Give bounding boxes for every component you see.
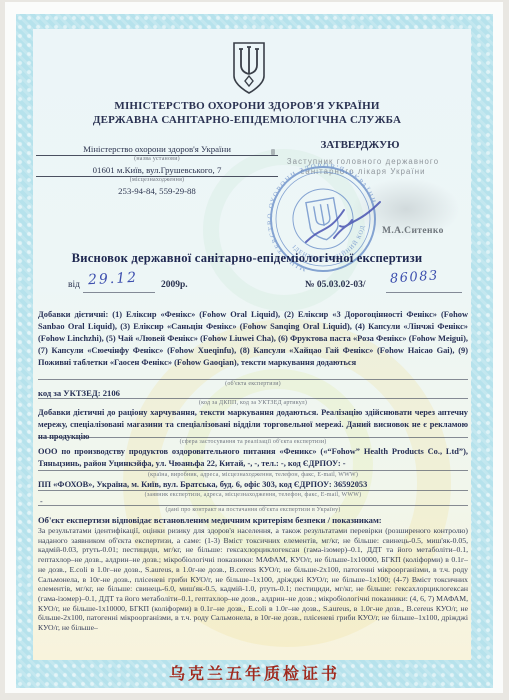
criteria-heading: Об'єкт експертизи відповідає встановлени… (38, 515, 468, 525)
code-caption: (код за ДКПП, код за УКТЗЕД артикул) (38, 400, 468, 406)
contract-rule (38, 505, 468, 506)
scope-rule (38, 437, 468, 438)
ministry-name-line1: МІНІСТЕРСТВО ОХОРОНИ ЗДОРОВ'Я УКРАЇНИ (28, 100, 466, 112)
issuer-phones: 253-94-84, 559-29-88 (36, 186, 278, 196)
scope-caption: (сфера застосування та реалізації об'єкт… (38, 439, 468, 445)
code-rule (38, 398, 468, 399)
manufacturer-rule (38, 470, 468, 471)
date-underline (83, 292, 155, 293)
scan-speck (271, 149, 275, 155)
certificate-page: МІНІСТЕРСТВО ОХОРОНИ ЗДОРОВ'Я УКРАЇНИ ДЕ… (0, 0, 509, 700)
number-prefix: № 05.03.02-03/ (305, 280, 365, 290)
applicant-caption: (заявник експертизи, адреса, місцезнаход… (38, 492, 468, 498)
ministry-name-line2: ДЕРЖАВНА САНІТАРНО-ЕПІДЕМІОЛОГІЧНА СЛУЖБ… (28, 114, 466, 126)
object-text: Добавки дієтичні: (1) Еліксир «Фенікс» (… (38, 309, 468, 369)
issuer-name: Міністерство охорони здоров'я України (36, 144, 278, 156)
date-year: 2009р. (161, 280, 188, 290)
criteria-body: За результатами ідентифікації, оцінки ри… (38, 526, 468, 654)
issuer-address: 01601 м.Київ, вул.Грушевського, 7 (36, 165, 278, 177)
ukraine-trident-icon (226, 40, 272, 100)
approver-signature (300, 196, 392, 248)
issuer-address-caption: (місцезнаходження) (36, 177, 278, 183)
conclusion-title: Висновок державної санітарно-епідеміолог… (28, 251, 466, 266)
object-caption: (об'єкта експертизи) (38, 381, 468, 387)
date-prefix: від (68, 280, 80, 290)
uktzed-code: код за УКТЗЕД: 2106 (38, 388, 120, 398)
approver-name: М.А.Ситенко (382, 226, 444, 236)
manufacturer-text: ООО по производству продуктов оздоровите… (38, 446, 468, 470)
applicant-rule (38, 490, 468, 491)
contract-caption: (дані про контракт на постачання об'єкта… (38, 507, 468, 513)
chinese-certificate-stamp-text: 乌克兰五年质检证书 (0, 661, 509, 684)
manufacturer-caption: (країна, виробник, адреса, місцезнаходже… (38, 472, 468, 478)
date-handwritten: 29.12 (88, 270, 139, 289)
issuer-name-caption: (назва установи) (36, 156, 278, 162)
number-underline (386, 292, 462, 293)
issuer-block: Міністерство охорони здоров'я України (н… (36, 144, 278, 196)
object-rule (38, 379, 468, 380)
